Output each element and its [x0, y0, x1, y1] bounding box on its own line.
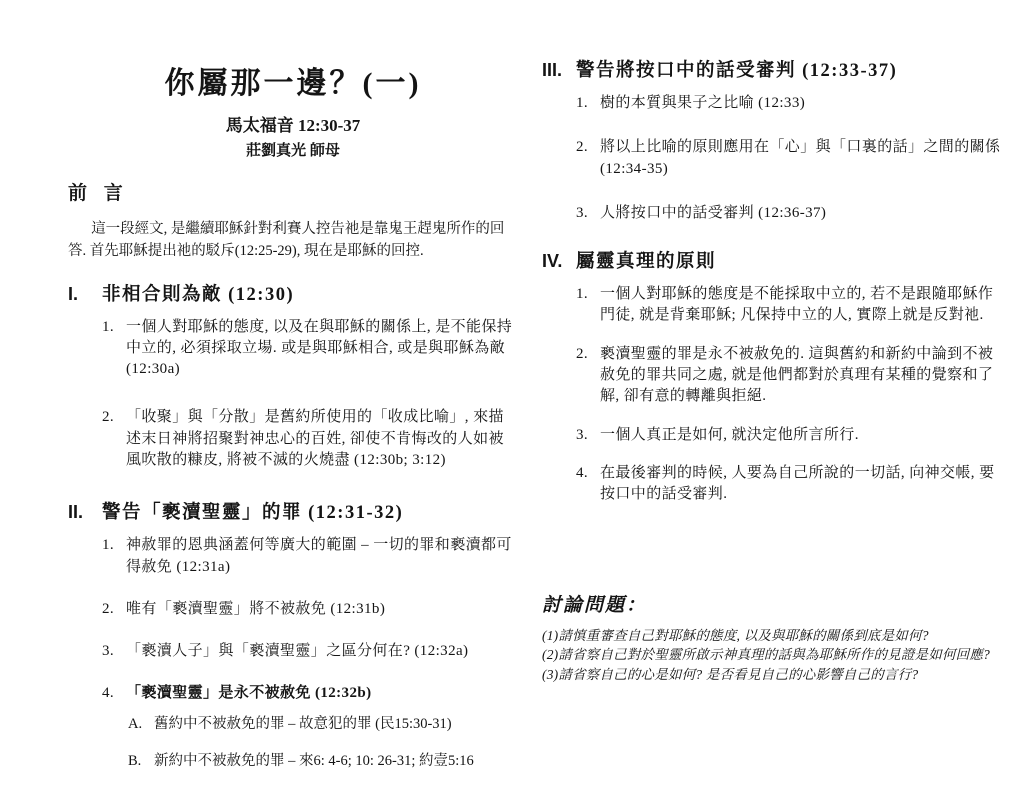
item-number: 3.: [102, 641, 126, 662]
scripture-reference: 馬太福音 12:30-37: [68, 111, 518, 136]
item-text: 一個人對耶穌的態度是不能採取中立的, 若不是跟隨耶穌作門徒, 就是背棄耶穌; 凡…: [600, 284, 1006, 327]
discussion-question: (1)請慎重審查自己對耶穌的態度, 以及與耶穌的關係到底是如何?: [542, 626, 1006, 646]
section-4: IV. 屬靈真理的原則 1. 一個人對耶穌的態度是不能採取中立的, 若不是跟隨耶…: [542, 247, 1006, 505]
doc-title: 你屬那一邊？(一): [68, 58, 518, 102]
outline-item: 3. 人將按口中的話受審判 (12:36-37): [576, 203, 1006, 224]
section-1-header: I. 非相合則為敵 (12:30): [68, 280, 518, 306]
section-3-items: 1. 樹的本質與果子之比喻 (12:33) 2. 將以上比喻的原則應用在「心」與…: [542, 93, 1006, 224]
outline-item: 1. 神赦罪的恩典涵蓋何等廣大的範圍 – 一切的罪和褻瀆都可得赦免 (12:31…: [102, 535, 518, 578]
section-2-subitems: A. 舊約中不被赦免的罪 – 故意犯的罪 (民15:30-31) B. 新約中不…: [102, 714, 518, 772]
outline-item: 3. 一個人真正是如何, 就決定他所言所行.: [576, 425, 1006, 446]
item-text: 「褻瀆聖靈」是永不被赦免 (12:32b): [126, 683, 518, 704]
discussion-block: 討論問題： (1)請慎重審查自己對耶穌的態度, 以及與耶穌的關係到底是如何? (…: [542, 590, 1006, 685]
item-text: 褻瀆聖靈的罪是永不被赦免的. 這與舊約和新約中論到不被赦免的罪共同之處, 就是他…: [600, 344, 1006, 408]
item-text: 樹的本質與果子之比喻 (12:33): [600, 93, 1006, 114]
section-2-title: 警告「褻瀆聖靈」的罪 (12:31-32): [102, 498, 403, 524]
item-number: 2.: [576, 137, 600, 158]
section-1-items: 1. 一個人對耶穌的態度, 以及在與耶穌的關係上, 是不能保持中立的, 必須採取…: [68, 317, 518, 472]
outline-item: 3. 「褻瀆人子」與「褻瀆聖靈」之區分何在? (12:32a): [102, 641, 518, 662]
item-number: 3.: [576, 425, 600, 446]
outline-item: 2. 褻瀆聖靈的罪是永不被赦免的. 這與舊約和新約中論到不被赦免的罪共同之處, …: [576, 344, 1006, 408]
section-2-items: 1. 神赦罪的恩典涵蓋何等廣大的範圍 – 一切的罪和褻瀆都可得赦免 (12:31…: [68, 535, 518, 771]
item-text: 「收聚」與「分散」是舊約所使用的「收成比喻」, 來描述末日神將招聚對神忠心的百姓…: [126, 407, 518, 471]
section-2-header: II. 警告「褻瀆聖靈」的罪 (12:31-32): [68, 498, 518, 524]
item-number: 2.: [576, 344, 600, 365]
section-3: III. 警告將按口中的話受審判 (12:33-37) 1. 樹的本質與果子之比…: [542, 56, 1006, 224]
section-4-numeral: IV.: [542, 251, 576, 272]
item-text: 唯有「褻瀆聖靈」將不被赦免 (12:31b): [126, 599, 518, 620]
outline-item: 1. 一個人對耶穌的態度, 以及在與耶穌的關係上, 是不能保持中立的, 必須採取…: [102, 317, 518, 381]
item-number: 1.: [576, 284, 600, 305]
item-number: 3.: [576, 203, 600, 224]
subitem-label: A.: [128, 714, 154, 734]
item-text: 在最後審判的時候, 人要為自己所說的一切話, 向神交帳, 要按口中的話受審判.: [600, 463, 1006, 506]
item-number: 1.: [102, 317, 126, 338]
subitem-text: 舊約中不被赦免的罪 – 故意犯的罪 (民15:30-31): [154, 714, 518, 734]
item-number: 2.: [102, 599, 126, 620]
right-column: III. 警告將按口中的話受審判 (12:33-37) 1. 樹的本質與果子之比…: [542, 56, 1006, 684]
outline-subitem: B. 新約中不被赦免的罪 – 來6: 4-6; 10: 26-31; 約壹5:1…: [128, 751, 518, 771]
item-number: 4.: [576, 463, 600, 484]
subitem-text: 新約中不被赦免的罪 – 來6: 4-6; 10: 26-31; 約壹5:16: [154, 751, 518, 771]
subitem-label: B.: [128, 751, 154, 771]
outline-subitem: A. 舊約中不被赦免的罪 – 故意犯的罪 (民15:30-31): [128, 714, 518, 734]
outline-item: 2. 將以上比喻的原則應用在「心」與「口裏的話」之間的關係 (12:34-35): [576, 137, 1006, 180]
item-text: 一個人對耶穌的態度, 以及在與耶穌的關係上, 是不能保持中立的, 必須採取立場.…: [126, 317, 518, 381]
item-text: 人將按口中的話受審判 (12:36-37): [600, 203, 1006, 224]
outline-item: 2. 唯有「褻瀆聖靈」將不被赦免 (12:31b): [102, 599, 518, 620]
section-4-items: 1. 一個人對耶穌的態度是不能採取中立的, 若不是跟隨耶穌作門徒, 就是背棄耶穌…: [542, 284, 1006, 505]
discussion-question: (2)請省察自己對於聖靈所啟示神真理的話與為耶穌所作的見證是如何回應?: [542, 645, 1006, 665]
section-4-title: 屬靈真理的原則: [576, 247, 716, 273]
preface-heading: 前 言: [68, 178, 518, 205]
document-page: 你屬那一邊？(一) 馬太福音 12:30-37 莊劉真光 師母 前 言 這一段經…: [0, 0, 1024, 791]
section-3-title: 警告將按口中的話受審判 (12:33-37): [576, 56, 897, 82]
outline-item: 4. 「褻瀆聖靈」是永不被赦免 (12:32b): [102, 683, 518, 704]
item-number: 1.: [576, 93, 600, 114]
outline-item: 1. 樹的本質與果子之比喻 (12:33): [576, 93, 1006, 114]
section-2: II. 警告「褻瀆聖靈」的罪 (12:31-32) 1. 神赦罪的恩典涵蓋何等廣…: [68, 498, 518, 771]
left-column: 你屬那一邊？(一) 馬太福音 12:30-37 莊劉真光 師母 前 言 這一段經…: [68, 58, 518, 788]
outline-item: 1. 一個人對耶穌的態度是不能採取中立的, 若不是跟隨耶穌作門徒, 就是背棄耶穌…: [576, 284, 1006, 327]
item-text: 神赦罪的恩典涵蓋何等廣大的範圍 – 一切的罪和褻瀆都可得赦免 (12:31a): [126, 535, 518, 578]
section-3-header: III. 警告將按口中的話受審判 (12:33-37): [542, 56, 1006, 82]
item-number: 2.: [102, 407, 126, 428]
section-2-numeral: II.: [68, 502, 102, 523]
item-number: 4.: [102, 683, 126, 704]
section-3-numeral: III.: [542, 60, 576, 81]
author-line: 莊劉真光 師母: [68, 139, 518, 160]
section-1: I. 非相合則為敵 (12:30) 1. 一個人對耶穌的態度, 以及在與耶穌的關…: [68, 280, 518, 472]
item-text: 「褻瀆人子」與「褻瀆聖靈」之區分何在? (12:32a): [126, 641, 518, 662]
section-1-title: 非相合則為敵 (12:30): [102, 280, 294, 306]
preface-text: 這一段經文, 是繼續耶穌針對利賽人控告祂是靠鬼王趕鬼所作的回答. 首先耶穌提出祂…: [68, 219, 518, 263]
outline-item: 2. 「收聚」與「分散」是舊約所使用的「收成比喻」, 來描述末日神將招聚對神忠心…: [102, 407, 518, 471]
section-1-numeral: I.: [68, 284, 102, 305]
item-text: 將以上比喻的原則應用在「心」與「口裏的話」之間的關係 (12:34-35): [600, 137, 1006, 180]
item-number: 1.: [102, 535, 126, 556]
discussion-question: (3)請省察自己的心是如何? 是否看見自己的心影響自己的言行?: [542, 665, 1006, 685]
item-text: 一個人真正是如何, 就決定他所言所行.: [600, 425, 1006, 446]
section-4-header: IV. 屬靈真理的原則: [542, 247, 1006, 273]
outline-item: 4. 在最後審判的時候, 人要為自己所說的一切話, 向神交帳, 要按口中的話受審…: [576, 463, 1006, 506]
discussion-heading: 討論問題：: [542, 590, 1006, 617]
